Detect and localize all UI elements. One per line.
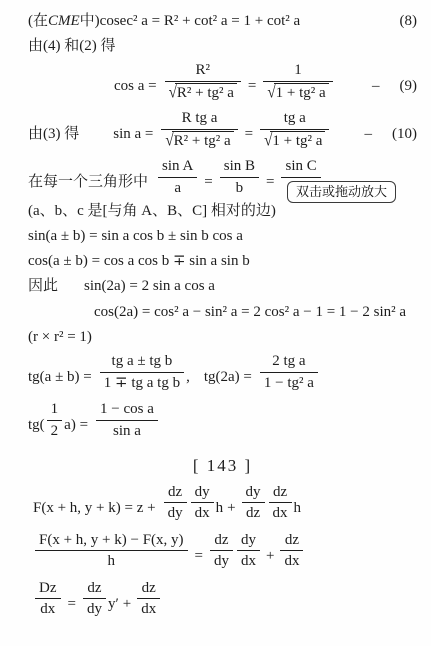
line-eq9: cos a = R² √R² + tg² a = 1 √1 + tg² a – … — [28, 59, 417, 105]
numerator: dy — [191, 483, 214, 504]
numerator: sin C — [281, 157, 320, 178]
sqrt-sign: √ — [169, 82, 177, 103]
denominator: 1 − tg² a — [260, 373, 318, 393]
tg-2a-lead: tg(2a) = — [204, 367, 252, 387]
numerator: F(x + h, y + k) − F(x, y) — [35, 531, 188, 552]
tg-half-lead: tg( — [28, 415, 45, 435]
cosec-body: 中)cosec² a = R² + cot² a = 1 + cot² a — [80, 11, 301, 31]
denominator: h — [104, 551, 120, 571]
diff-quotient-equals: = — [195, 546, 203, 566]
denominator: √1 + tg² a — [263, 82, 332, 103]
sine-rule-equals-1: = — [204, 172, 212, 192]
sqrt-sign: √ — [165, 130, 173, 151]
numerator: R tg a — [161, 109, 237, 130]
fraction: dy dx — [191, 483, 214, 524]
fraction: 1 − cos a sin a — [96, 400, 158, 441]
sine-rule-equals-2: = — [266, 172, 274, 192]
r-note-text: (r × r² = 1) — [28, 327, 92, 347]
radicand: R² + tg² a — [172, 131, 234, 151]
total-derivative-yprime: y′ — [108, 594, 119, 614]
numerator: sin B — [220, 157, 259, 178]
denominator: √R² + tg² a — [161, 130, 237, 151]
sqrt-expression: √R² + tg² a — [165, 131, 233, 151]
taylor-lead: F(x + h, y + k) = z + — [33, 498, 156, 518]
taylor-h2: h — [294, 498, 302, 518]
radicand: R² + tg² a — [175, 83, 237, 103]
numerator: 1 − cos a — [96, 400, 158, 421]
therefore-label: 因此 — [28, 276, 58, 296]
total-derivative-equals: = — [68, 594, 76, 614]
denominator: a — [170, 178, 185, 198]
numerator: dz — [269, 483, 292, 504]
denominator: dy — [83, 599, 106, 619]
line-sides-note: (a、b、c 是[与角 A、B、C] 相对的边) — [28, 201, 417, 221]
line-cos-sum: cos(a ± b) = cos a cos b ∓ sin a sin b — [28, 251, 417, 271]
sqrt-expression: √1 + tg² a — [267, 83, 328, 103]
eq10-number: (10) — [392, 124, 417, 144]
sqrt-sign: √ — [267, 82, 275, 103]
numerator: 1 — [47, 400, 63, 421]
tg-sum-lead: tg(a ± b) = — [28, 367, 92, 387]
line-total-derivative: Dz dx = dz dy y′ + dz dx — [28, 576, 417, 622]
numerator: 2 tg a — [260, 352, 318, 373]
line-r-note: (r × r² = 1) — [28, 327, 417, 347]
fraction: dz dx — [137, 579, 160, 620]
fraction: 1 √1 + tg² a — [263, 61, 332, 103]
numerator: sin A — [158, 157, 197, 178]
numerator: dy — [237, 531, 260, 552]
line-cosec-identity: (在 CME 中)cosec² a = R² + cot² a = 1 + co… — [28, 11, 417, 31]
numerator: tg a — [260, 109, 329, 130]
denominator: 1 ∓ tg a tg b — [100, 373, 184, 393]
cos-sum-text: cos(a ± b) = cos a cos b ∓ sin a sin b — [28, 251, 250, 271]
total-derivative-plus: + — [123, 594, 131, 614]
sides-note-text: (a、b、c 是[与角 A、B、C] 相对的边) — [28, 201, 276, 221]
sqrt-expression: √R² + tg² a — [169, 83, 237, 103]
denominator: dx — [137, 599, 160, 619]
page-number: [ 143 ] — [28, 455, 417, 478]
eq8-number: (8) — [400, 11, 418, 31]
from-4-and-2-text: 由(4) 和(2) 得 — [28, 36, 115, 56]
eq9-dash: – — [372, 76, 380, 96]
denominator: dx — [191, 503, 214, 523]
eq9-number: (9) — [400, 76, 418, 96]
page-number-text: [ 143 ] — [193, 455, 252, 478]
line-tg-half: tg( 1 2 a) = 1 − cos a sin a — [28, 397, 417, 443]
sin-sum-text: sin(a ± b) = sin a cos b ± sin b cos a — [28, 226, 243, 246]
zoom-hint-button[interactable]: 双击或拖动放大 — [287, 181, 396, 203]
fraction: 2 tg a 1 − tg² a — [260, 352, 318, 393]
denominator: dx — [269, 503, 292, 523]
denominator: √R² + tg² a — [165, 82, 241, 103]
denominator: √1 + tg² a — [260, 130, 329, 151]
fraction: Dz dx — [35, 579, 61, 620]
line-diff-quotient: F(x + h, y + k) − F(x, y) h = dz dy dy d… — [28, 528, 417, 574]
numerator: tg a ± tg b — [100, 352, 184, 373]
denominator: dx — [237, 551, 260, 571]
eq10-dash: – — [365, 124, 373, 144]
line-sin-2a: 因此 sin(2a) = 2 sin a cos a — [28, 276, 417, 296]
line-sin-sum: sin(a ± b) = sin a cos b ± sin b cos a — [28, 226, 417, 246]
fraction: F(x + h, y + k) − F(x, y) h — [35, 531, 188, 572]
fraction: 1 2 — [47, 400, 63, 441]
denominator: sin a — [109, 421, 145, 441]
fraction: tg a ± tg b 1 ∓ tg a tg b — [100, 352, 184, 393]
denominator: dx — [280, 551, 303, 571]
numerator: 1 — [263, 61, 332, 82]
cos-2a-text: cos(2a) = cos² a − sin² a = 2 cos² a − 1… — [94, 302, 406, 322]
eq10-lead: sin a = — [113, 124, 153, 144]
numerator: Dz — [35, 579, 61, 600]
fraction: R tg a √R² + tg² a — [161, 109, 237, 151]
fraction: dz dy — [83, 579, 106, 620]
line-tg-sum: tg(a ± b) = tg a ± tg b 1 ∓ tg a tg b , … — [28, 349, 417, 395]
numerator: dz — [83, 579, 106, 600]
taylor-h1: h — [216, 498, 224, 518]
fraction: tg a √1 + tg² a — [260, 109, 329, 151]
tg-half-mid: a) = — [64, 415, 88, 435]
fraction: R² √R² + tg² a — [165, 61, 241, 103]
fraction: sin A a — [158, 157, 197, 198]
cosec-em-cme: CME — [48, 11, 80, 31]
fraction: dz dx — [280, 531, 303, 572]
numerator: dz — [164, 483, 187, 504]
eq9-lead: cos a = — [114, 76, 157, 96]
radicand: 1 + tg² a — [274, 83, 329, 103]
fraction: dz dy — [164, 483, 187, 524]
denominator: dy — [210, 551, 233, 571]
line-taylor: F(x + h, y + k) = z + dz dy dy dx h + dy… — [28, 480, 417, 526]
sqrt-sign: √ — [264, 130, 272, 151]
taylor-plus: + — [227, 498, 235, 518]
fraction: sin B b — [220, 157, 259, 198]
sqrt-expression: √1 + tg² a — [264, 131, 325, 151]
fraction: dy dz — [242, 483, 265, 524]
diff-quotient-plus: + — [266, 546, 274, 566]
line-from-4-and-2: 由(4) 和(2) 得 — [28, 36, 417, 56]
line-cos-2a: cos(2a) = cos² a − sin² a = 2 cos² a − 1… — [28, 302, 417, 322]
fraction: dz dx — [269, 483, 292, 524]
numerator: dy — [242, 483, 265, 504]
eq9-equals: = — [248, 76, 256, 96]
line-eq10: 由(3) 得 sin a = R tg a √R² + tg² a = tg a… — [28, 107, 417, 153]
denominator: dx — [36, 599, 59, 619]
denominator: dy — [164, 503, 187, 523]
fraction: dz dy — [210, 531, 233, 572]
numerator: dz — [280, 531, 303, 552]
fraction: dy dx — [237, 531, 260, 572]
eq10-equals: = — [245, 124, 253, 144]
sine-rule-prefix: 在每一个三角形中 — [28, 172, 148, 192]
document-canvas[interactable]: (在 CME 中)cosec² a = R² + cot² a = 1 + co… — [0, 0, 431, 646]
denominator: dz — [242, 503, 264, 523]
denominator: b — [232, 178, 248, 198]
tg-sum-comma: , — [186, 367, 190, 387]
radicand: 1 + tg² a — [270, 131, 325, 151]
sin-2a-text: sin(2a) = 2 sin a cos a — [84, 276, 215, 296]
numerator: dz — [210, 531, 233, 552]
eq10-prefix: 由(3) 得 — [28, 124, 79, 144]
numerator: dz — [137, 579, 160, 600]
numerator: R² — [165, 61, 241, 82]
denominator: 2 — [47, 421, 63, 441]
cosec-open: (在 — [28, 11, 48, 31]
